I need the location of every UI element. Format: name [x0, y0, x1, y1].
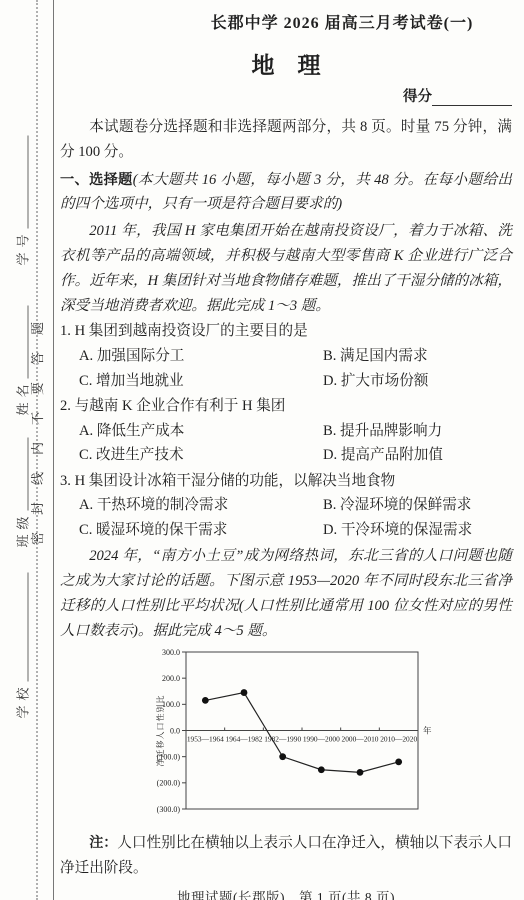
option-b: B. 提升品牌影响力: [323, 419, 512, 443]
section-1-heading: 一、选择题(本大题共 16 小题，每小题 3 分，共 48 分。在每小题给出的四…: [60, 168, 512, 218]
option-d: D. 扩大市场份额: [323, 369, 512, 393]
option-a: A. 干热环境的制冷需求: [79, 493, 323, 517]
option-c: C. 增加当地就业: [79, 369, 323, 393]
svg-text:年: 年: [423, 726, 432, 736]
score-label: 得分: [403, 89, 432, 105]
school-blank: [28, 573, 29, 682]
student-id-label: 学号: [13, 229, 32, 265]
seal-instruction-text: 密封线内不要答题: [27, 297, 47, 553]
svg-text:(300.0): (300.0): [157, 805, 181, 814]
svg-text:2010—2020: 2010—2020: [380, 735, 417, 744]
question-2: 2. 与越南 K 企业合作有利于 H 集团 A. 降低生产成本 B. 提升品牌影…: [60, 394, 512, 468]
passage-2: 2024 年，“南方小土豆”成为网络热词，东北三省的人口问题也随之成为大家讨论的…: [60, 544, 512, 643]
margin-border-line: [53, 0, 54, 900]
margin-field-school: 学校: [13, 573, 32, 719]
score-field: 得分: [60, 85, 512, 106]
section-1-title: 一、选择题: [60, 172, 133, 188]
subject-title: 地 理: [60, 50, 512, 80]
score-blank: [432, 90, 512, 106]
option-a: A. 加强国际分工: [79, 344, 323, 368]
svg-text:2000—2010: 2000—2010: [342, 735, 379, 744]
svg-text:1964—1982: 1964—1982: [226, 735, 263, 744]
exam-page: 学号 姓名 班级 学校 密封线内不要答题 长郡中学 2026 届高三月考试卷(一…: [0, 0, 524, 900]
option-c: C. 改进生产技术: [79, 443, 323, 467]
option-c: C. 暖湿环境的保干需求: [79, 518, 323, 542]
exam-instructions: 本试题卷分选择题和非选择题两部分，共 8 页。时量 75 分钟，满分 100 分…: [60, 115, 512, 165]
question-2-stem: 2. 与越南 K 企业合作有利于 H 集团: [60, 394, 512, 419]
school-label: 学校: [13, 682, 32, 718]
question-3: 3. H 集团设计冰箱干湿分储的功能，以解决当地食物 A. 干热环境的制冷需求 …: [60, 469, 512, 543]
svg-text:1990—2000: 1990—2000: [303, 735, 340, 744]
student-id-blank: [28, 136, 29, 229]
question-1-stem: 1. H 集团到越南投资设厂的主要目的是: [60, 319, 512, 344]
sex-ratio-line-chart: 300.0200.0100.00.0(100.0)(200.0)(300.0)1…: [150, 646, 512, 818]
exam-content: 长郡中学 2026 届高三月考试卷(一) 地 理 得分 本试题卷分选择题和非选择…: [60, 0, 512, 900]
svg-text:净迁移人口性别比: 净迁移人口性别比: [155, 695, 165, 767]
passage-1: 2011 年，我国 H 家电集团开始在越南投资设厂，着力于冰箱、洗衣机等产品的高…: [60, 219, 512, 318]
svg-text:200.0: 200.0: [162, 674, 180, 683]
margin-field-student-id: 学号: [13, 136, 32, 266]
note-label: 注：: [89, 834, 117, 850]
svg-text:(200.0): (200.0): [157, 779, 181, 788]
exam-title: 长郡中学 2026 届高三月考试卷(一): [172, 13, 512, 35]
option-b: B. 冷湿环境的保鲜需求: [323, 493, 512, 517]
question-1: 1. H 集团到越南投资设厂的主要目的是 A. 加强国际分工 B. 满足国内需求…: [60, 319, 512, 393]
chart-note: 注：人口性别比在横轴以上表示人口在净迁入，横轴以下表示人口净迁出阶段。: [60, 830, 512, 881]
option-a: A. 降低生产成本: [79, 419, 323, 443]
question-3-options: A. 干热环境的制冷需求 B. 冷湿环境的保鲜需求 C. 暖湿环境的保干需求 D…: [60, 493, 512, 542]
option-b: B. 满足国内需求: [323, 344, 512, 368]
option-d: D. 提高产品附加值: [323, 443, 512, 467]
question-2-options: A. 降低生产成本 B. 提升品牌影响力 C. 改进生产技术 D. 提高产品附加…: [60, 419, 512, 468]
question-3-stem: 3. H 集团设计冰箱干湿分储的功能，以解决当地食物: [60, 469, 512, 494]
svg-text:0.0: 0.0: [170, 727, 180, 736]
svg-text:1953—1964: 1953—1964: [187, 735, 224, 744]
question-1-options: A. 加强国际分工 B. 满足国内需求 C. 增加当地就业 D. 扩大市场份额: [60, 344, 512, 393]
option-d: D. 干冷环境的保湿需求: [323, 518, 512, 542]
page-footer: 地理试题(长郡版) 第 1 页(共 8 页): [60, 886, 512, 900]
chart-svg: 300.0200.0100.00.0(100.0)(200.0)(300.0)1…: [150, 646, 450, 818]
note-text: 人口性别比在横轴以上表示人口在净迁入，横轴以下表示人口净迁出阶段。: [60, 835, 512, 876]
svg-text:300.0: 300.0: [162, 648, 180, 657]
